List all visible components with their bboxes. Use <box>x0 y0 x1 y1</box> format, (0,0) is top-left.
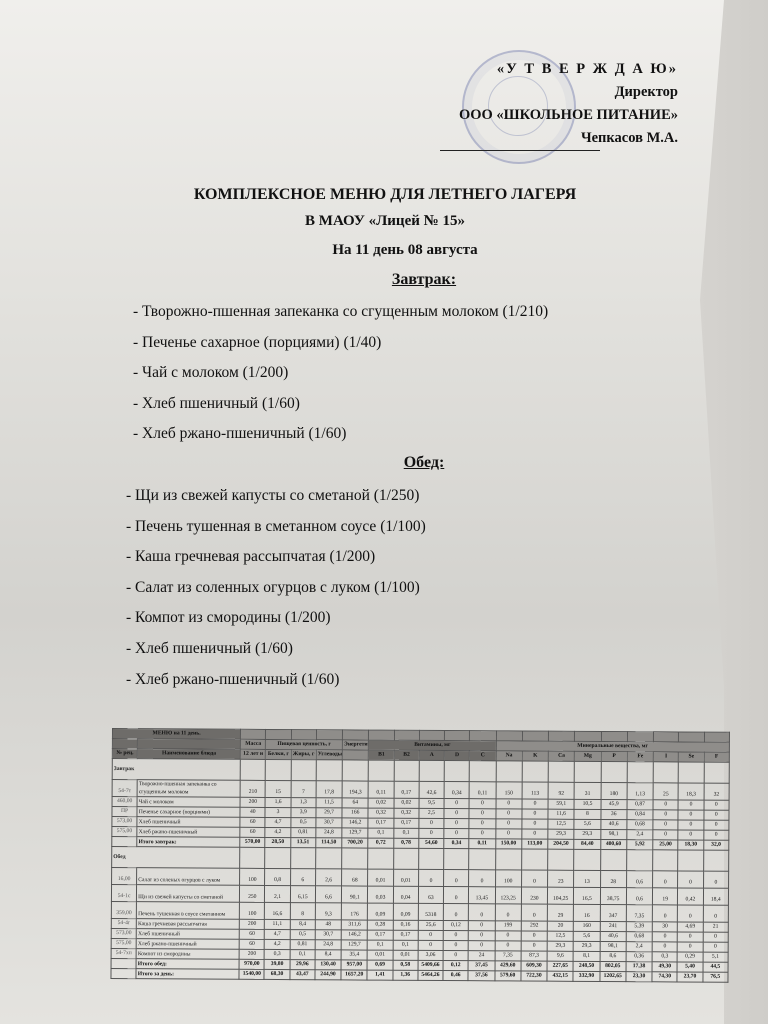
table-cell <box>627 762 653 783</box>
table-cell: 609,30 <box>521 961 547 971</box>
table-cell <box>704 732 729 742</box>
table-cell: 113 <box>522 782 548 799</box>
breakfast-item: - Печенье сахарное (порциями) (1/40) <box>133 328 548 359</box>
table-cell: 0,34 <box>444 782 469 799</box>
dish-name: Печенье сахарное (порциями) <box>137 807 240 818</box>
table-cell: 0 <box>469 921 495 931</box>
table-cell: 4,2 <box>265 827 290 837</box>
table-cell: 43,47 <box>290 970 315 980</box>
lunch-item: - Печень тушенная в сметанном соусе (1/1… <box>126 512 426 543</box>
table-cell: 60 <box>240 827 265 837</box>
table-cell: 0 <box>521 904 547 921</box>
table-cell <box>112 837 137 847</box>
table-cell: 5,6 <box>574 931 600 941</box>
table-cell: 129,7 <box>342 828 368 838</box>
table-cell: 113,00 <box>522 839 548 849</box>
table-cell: 0,17 <box>368 818 393 828</box>
table-cell: 5318 <box>418 903 443 920</box>
table-cell: 5464,26 <box>418 970 443 980</box>
table-cell: 0,17 <box>394 781 419 798</box>
table-cell: 579,60 <box>495 971 521 981</box>
recipe-code: 54-4г <box>111 918 136 928</box>
table-cell: 0 <box>703 932 728 942</box>
table-cell: 28,50 <box>265 837 290 847</box>
table-cell: 59,1 <box>548 799 574 809</box>
table-cell: 244,90 <box>315 970 341 980</box>
table-cell: 432,15 <box>547 971 573 981</box>
table-cell <box>368 848 393 869</box>
page-date: На 11 день 08 августа <box>20 242 768 259</box>
breakfast-item: - Хлеб ржано-пшеничный (1/60) <box>133 419 548 450</box>
table-cell: 0 <box>444 870 469 887</box>
table-cell: 0,11 <box>368 781 393 798</box>
header-energy: Энергетич <box>343 740 369 750</box>
table-cell: 0,6 <box>626 888 652 905</box>
breakfast-heading: Завтрак: <box>40 271 768 289</box>
table-cell: 0 <box>469 799 495 809</box>
table-cell: 10,5 <box>574 799 600 809</box>
table-cell: 42,6 <box>419 781 444 798</box>
column-header: Fe <box>627 752 653 762</box>
table-cell: 60 <box>239 929 264 939</box>
table-cell: 0,6 <box>626 871 652 888</box>
table-cell: 0 <box>704 800 729 810</box>
table-cell <box>704 762 730 783</box>
table-cell: 29,7 <box>316 808 342 818</box>
column-header: Белки, г <box>266 749 291 759</box>
approval-heading: «У Т В Е Р Ж Д А Ю» <box>459 58 678 81</box>
table-cell <box>679 762 704 783</box>
table-cell: 1,6 <box>265 797 290 807</box>
table-cell: 5,92 <box>627 840 653 850</box>
table-cell: 2,1 <box>265 885 290 902</box>
table-cell: 29,3 <box>573 941 599 951</box>
column-header: F <box>704 752 729 762</box>
table-cell <box>266 759 291 780</box>
table-cell: 23 <box>548 870 574 887</box>
dish-name: Творожно-пшенная запеканка со сгущенным … <box>137 780 240 798</box>
table-cell: 3,06 <box>418 950 443 960</box>
nutrition-table-wrap: МЕНЮ на 11 день.МассаПищевая ценность, г… <box>110 728 742 983</box>
table-cell <box>549 731 575 741</box>
table-cell <box>654 732 679 742</box>
table-cell: 98,1 <box>600 829 626 839</box>
table-cell: 0 <box>522 809 548 819</box>
recipe-code: 359,00 <box>111 901 136 918</box>
table-cell: 11,6 <box>548 809 574 819</box>
table-cell: 146,2 <box>341 930 367 940</box>
table-cell: 0 <box>678 932 703 942</box>
table-cell: 0,1 <box>290 950 315 960</box>
table-cell: 129,7 <box>341 940 367 950</box>
table-cell: 0,42 <box>678 888 703 905</box>
table-cell: 347 <box>600 904 626 921</box>
table-cell: 0,72 <box>368 838 393 848</box>
table-cell: 802,05 <box>600 961 626 971</box>
table-cell: 19 <box>653 888 678 905</box>
table-cell <box>601 761 627 782</box>
lunch-item: - Салат из соленных огурцов с луком (1/1… <box>126 573 426 604</box>
table-cell: 38,75 <box>600 887 626 904</box>
table-cell: 9,5 <box>419 798 444 808</box>
table-cell: 0,58 <box>393 960 418 970</box>
table-cell: 7 <box>291 781 316 798</box>
table-cell: 114,50 <box>316 838 342 848</box>
table-cell: 0,78 <box>393 838 418 848</box>
table-cell <box>394 760 419 781</box>
table-cell: 0,01 <box>368 869 393 886</box>
table-cell: 24,8 <box>316 828 342 838</box>
lunch-item: - Хлеб пшеничный (1/60) <box>126 634 426 665</box>
table-cell: 570,00 <box>240 837 265 847</box>
table-cell <box>548 761 574 782</box>
table-cell: 0,36 <box>626 952 652 962</box>
table-cell: 6,15 <box>290 886 315 903</box>
table-cell: 1202,65 <box>600 971 626 981</box>
table-cell <box>678 850 703 871</box>
table-cell: 16,6 <box>265 902 290 919</box>
table-cell: 6,6 <box>315 886 341 903</box>
table-cell: 17,38 <box>626 962 652 972</box>
table-cell: 200 <box>239 949 264 959</box>
table-cell: 87,3 <box>521 951 547 961</box>
table-cell <box>369 730 394 740</box>
column-header: D <box>444 751 469 761</box>
table-cell: 25 <box>653 783 678 800</box>
table-cell: 18,3 <box>678 783 703 800</box>
lunch-item: - Щи из свежей капусты со сметаной (1/25… <box>126 481 426 512</box>
table-cell: 292 <box>521 921 547 931</box>
table-cell <box>316 848 342 869</box>
table-cell: 12,5 <box>548 819 574 829</box>
table-cell: 64 <box>342 798 368 808</box>
approval-block: «У Т В Е Р Ж Д А Ю» Директор ООО «ШКОЛЬН… <box>459 58 678 150</box>
table-cell: 150,00 <box>495 839 521 849</box>
table-cell: 0,11 <box>469 782 495 799</box>
dish-name: Каша гречневая рассыпчатая <box>136 919 239 930</box>
table-cell <box>653 762 678 783</box>
table-cell: 0,5 <box>290 930 315 940</box>
dish-name: Хлеб пшеничный <box>137 817 240 828</box>
table-cell: 0 <box>522 829 548 839</box>
table-cell <box>521 849 547 870</box>
table-cell: 32,0 <box>703 840 728 850</box>
column-header: B2 <box>394 750 419 760</box>
table-cell: 400,60 <box>600 839 626 849</box>
table-cell: 100 <box>495 870 521 887</box>
table-cell <box>575 731 601 741</box>
table-cell: 0,34 <box>444 839 469 849</box>
table-cell <box>444 731 469 741</box>
table-cell: 6 <box>290 869 315 886</box>
table-cell: 0,32 <box>394 808 419 818</box>
lunch-list: - Щи из свежей капусты со сметаной (1/25… <box>126 481 426 695</box>
column-header: P <box>601 751 627 761</box>
table-cell: 17,8 <box>316 781 342 798</box>
table-cell: 0,32 <box>368 808 393 818</box>
table-cell: 31 <box>574 782 600 799</box>
table-cell: 204,50 <box>548 839 574 849</box>
table-cell: 4,69 <box>678 922 703 932</box>
table-cell: 5,40 <box>677 962 702 972</box>
table-cell: 100 <box>240 902 265 919</box>
total-label: Итого обед: <box>136 959 239 970</box>
table-cell <box>112 739 137 749</box>
table-cell: 0 <box>522 819 548 829</box>
table-cell: 24 <box>468 951 494 961</box>
table-cell: 0 <box>678 800 703 810</box>
table-cell: 130,40 <box>315 960 341 970</box>
table-cell: 0 <box>653 800 678 810</box>
breakfast-item: - Чай с молоком (1/200) <box>133 358 548 389</box>
table-cell: 0 <box>496 799 522 809</box>
table-cell: 0,02 <box>394 798 419 808</box>
table-cell: 3,9 <box>291 808 316 818</box>
table-cell: 1,3 <box>291 798 316 808</box>
table-cell: 1,13 <box>627 783 653 800</box>
table-cell: 0 <box>468 941 494 951</box>
table-cell: 1657,20 <box>341 970 367 980</box>
table-cell <box>703 850 729 871</box>
table-cell: 28 <box>600 870 626 887</box>
table-cell: 63 <box>418 886 443 903</box>
table-cell: 0 <box>495 931 521 941</box>
table-cell: 230 <box>521 887 547 904</box>
table-cell: 200 <box>239 919 264 929</box>
table-cell: 5,39 <box>626 922 652 932</box>
recipe-code: 16,00 <box>112 868 137 885</box>
table-cell: 49,30 <box>652 962 677 972</box>
table-cell: 0 <box>495 941 521 951</box>
table-cell: 98,1 <box>600 941 626 951</box>
table-cell <box>291 730 316 740</box>
table-cell: 0,5 <box>291 818 316 828</box>
table-cell: 16 <box>574 904 600 921</box>
table-cell: 35,4 <box>341 950 367 960</box>
table-cell: 0 <box>678 830 703 840</box>
table-cell: 0 <box>469 904 495 921</box>
table-cell: 104,25 <box>548 887 574 904</box>
table-cell: 8,1 <box>573 951 599 961</box>
table-cell: 13,45 <box>469 887 495 904</box>
table-cell: 429,60 <box>495 961 521 971</box>
total-label: Итого за день: <box>136 969 239 980</box>
table-cell: 68,30 <box>264 969 289 979</box>
table-cell: 0 <box>678 905 703 922</box>
table-cell: 0 <box>443 887 468 904</box>
table-cell <box>393 848 418 869</box>
table-cell: 0 <box>521 941 547 951</box>
table-cell: 0,87 <box>627 800 653 810</box>
lunch-heading: Обед: <box>40 454 768 472</box>
column-header: № рец. <box>112 749 137 759</box>
table-cell: 100 <box>240 868 265 885</box>
table-cell: 60 <box>239 939 264 949</box>
lunch-item: - Компот из смородины (1/200) <box>126 603 426 634</box>
table-cell: 176 <box>341 903 367 920</box>
table-cell: 2,6 <box>315 869 341 886</box>
table-cell: 60 <box>240 817 265 827</box>
table-cell <box>574 849 600 870</box>
table-cell: 8,4 <box>290 920 315 930</box>
table-cell: 0 <box>653 830 678 840</box>
table-cell: 2,5 <box>419 808 444 818</box>
table-cell <box>627 732 653 742</box>
table-cell: 0,1 <box>393 940 418 950</box>
table-cell: 0 <box>495 819 521 829</box>
header-nutrition: Пищевая ценность, г <box>266 739 343 749</box>
table-cell: 8,6 <box>600 951 626 961</box>
table-cell <box>548 849 574 870</box>
table-cell: 311,6 <box>341 920 367 930</box>
table-cell: 0 <box>468 931 494 941</box>
breakfast-item: - Творожно-пшенная запеканка со сгущенны… <box>133 297 548 328</box>
dish-name: Чай с молоком <box>137 797 240 808</box>
table-cell: 0 <box>678 942 703 952</box>
column-header: Se <box>679 752 704 762</box>
table-cell: 76,5 <box>703 972 728 982</box>
table-cell: 0,01 <box>393 950 418 960</box>
table-cell: 199 <box>495 921 521 931</box>
table-cell: 146,2 <box>342 818 368 828</box>
table-cell: 1540,00 <box>239 969 264 979</box>
table-cell: 7,35 <box>495 951 521 961</box>
dish-name: Хлеб ржано-пшеничный <box>137 827 240 838</box>
table-cell <box>444 761 469 782</box>
table-cell: 18,30 <box>678 840 703 850</box>
table-cell: 45,9 <box>601 799 627 809</box>
table-cell: 0 <box>678 871 703 888</box>
table-cell: 12,5 <box>547 931 573 941</box>
table-cell: 0,16 <box>393 920 418 930</box>
column-header: Mg <box>575 751 601 761</box>
table-cell: 37,56 <box>468 971 494 981</box>
table-cell: 241 <box>600 921 626 931</box>
column-header: B1 <box>369 750 394 760</box>
section-label: Завтрак <box>112 759 240 781</box>
approval-position: Директор <box>459 81 678 104</box>
table-cell: 0,01 <box>367 950 392 960</box>
table-cell: 90,1 <box>342 886 368 903</box>
table-cell: 0,69 <box>367 960 392 970</box>
dish-name: Хлеб пшеничный <box>136 929 239 940</box>
table-cell: 11,5 <box>316 798 342 808</box>
breakfast-item: - Хлеб пшеничный (1/60) <box>133 389 548 420</box>
dish-name: Компот из смородины <box>136 949 239 960</box>
table-cell: 29,96 <box>290 960 315 970</box>
table-cell: 957,00 <box>341 960 367 970</box>
table-cell: 0 <box>653 810 678 820</box>
table-cell <box>111 958 136 968</box>
table-cell: 4,7 <box>265 929 290 939</box>
lunch-item: - Хлеб ржано-пшеничный (1/60) <box>126 665 426 696</box>
table-cell: 8,4 <box>315 950 341 960</box>
table-cell: 0 <box>703 905 729 922</box>
table-cell: 0,1 <box>368 828 393 838</box>
table-cell: 8 <box>290 903 315 920</box>
table-cell <box>522 731 548 741</box>
page-subtitle: В МАОУ «Лицей № 15» <box>0 213 768 230</box>
table-cell: 332,90 <box>573 971 599 981</box>
table-cell: 150 <box>496 782 522 799</box>
table-cell <box>290 848 315 869</box>
header-mass: Масса <box>241 739 266 749</box>
table-cell: 0 <box>469 809 495 819</box>
table-cell: 0 <box>703 820 728 830</box>
table-cell: 0 <box>444 829 469 839</box>
table-cell: 0 <box>418 930 443 940</box>
table-cell: 0 <box>444 799 469 809</box>
recipe-code: 575,00 <box>112 827 137 837</box>
table-cell: 0 <box>521 870 547 887</box>
table-cell: 29,3 <box>547 941 573 951</box>
table-cell: 1,41 <box>367 970 392 980</box>
table-cell: 5409,66 <box>418 960 443 970</box>
table-cell: 13 <box>574 870 600 887</box>
table-cell: 15 <box>266 780 291 797</box>
table-cell: 0,1 <box>368 940 393 950</box>
table-cell: 0 <box>652 942 677 952</box>
table-cell <box>495 849 521 870</box>
table-cell: 0 <box>703 830 728 840</box>
table-cell: 0,68 <box>627 820 653 830</box>
table-cell: 0,17 <box>368 930 393 940</box>
table-cell: 227,65 <box>547 961 573 971</box>
table-cell: 0 <box>418 869 443 886</box>
table-cell: 21 <box>703 922 728 932</box>
table-cell: 0,46 <box>443 971 468 981</box>
table-cell: 0 <box>469 819 495 829</box>
table-cell <box>241 729 266 739</box>
table-cell: 0 <box>653 820 678 830</box>
table-cell <box>469 849 495 870</box>
section-label: Обед <box>112 847 240 869</box>
table-cell: 48 <box>315 920 341 930</box>
table-cell <box>600 849 626 870</box>
column-header: I <box>653 752 678 762</box>
column-header: 12 лет и <box>241 749 266 759</box>
table-cell: 9,3 <box>315 903 341 920</box>
table-cell: 0 <box>419 818 444 828</box>
table-cell <box>522 761 548 782</box>
table-cell: 0 <box>495 904 521 921</box>
table-cell: 0,17 <box>393 930 418 940</box>
recipe-code: 573,00 <box>112 817 137 827</box>
table-cell: 722,30 <box>521 971 547 981</box>
table-cell <box>138 739 241 750</box>
table-cell: 23,30 <box>626 972 652 982</box>
table-cell: 160 <box>574 921 600 931</box>
table-cell: 44,5 <box>703 962 728 972</box>
column-header: Ca <box>548 751 574 761</box>
table-cell: 5,1 <box>703 952 728 962</box>
page-title: КОМПЛЕКСНОЕ МЕНЮ ДЛЯ ЛЕТНЕГО ЛАГЕРЯ <box>0 186 768 204</box>
recipe-code: ПР <box>112 807 137 817</box>
breakfast-list: - Творожно-пшенная запеканка со сгущенны… <box>133 297 548 450</box>
table-cell <box>342 848 368 869</box>
table-cell: 68 <box>342 869 368 886</box>
table-cell: 0 <box>443 904 468 921</box>
table-cell: 9,6 <box>547 951 573 961</box>
column-header: Na <box>496 751 522 761</box>
column-header: A <box>419 750 444 760</box>
dish-name: Щи из свежей капусты со сметаной <box>137 885 240 903</box>
table-cell <box>316 730 342 740</box>
recipe-code: 54-1с <box>111 885 136 902</box>
signature-line <box>440 150 600 151</box>
table-cell: 0 <box>703 871 729 888</box>
recipe-code: 54-7хп <box>111 948 136 958</box>
